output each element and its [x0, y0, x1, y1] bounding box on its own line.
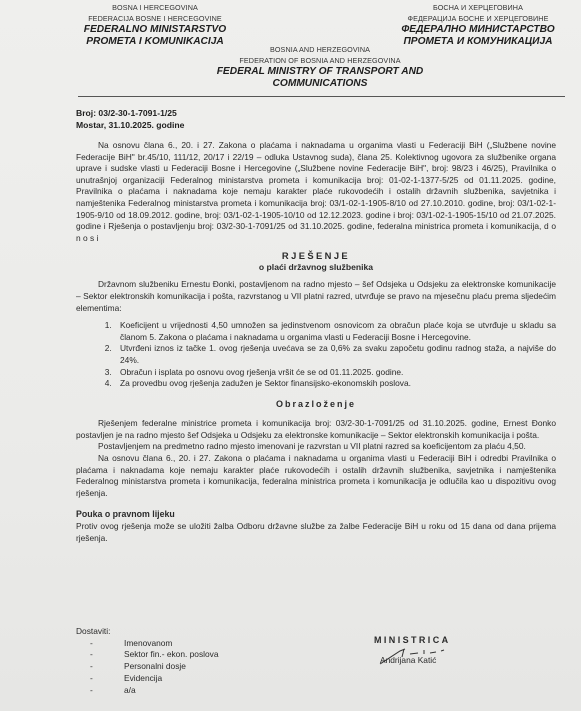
- header-ministry-line2: COMMUNICATIONS: [170, 78, 470, 90]
- header-federation: FEDERACIJA BOSNE I HERCEGOVINE: [80, 13, 230, 24]
- decision-item: Za provedbu ovog rješenja zadužen je Sek…: [114, 378, 556, 390]
- document-body: Broj: 03/2-30-1-7091-1/25 Mostar, 31.10.…: [76, 108, 556, 544]
- decision-item: Obračun i isplata po osnovu ovog rješenj…: [114, 367, 556, 379]
- reasoning-paragraph: Na osnovu člana 6., 20. i 27. Zakona o p…: [76, 453, 556, 499]
- distribution-item: Sektor fin.- ekon. poslova: [90, 649, 296, 661]
- header-federation: FEDERATION OF BOSNIA AND HERZEGOVINA: [170, 55, 470, 66]
- legal-remedy-heading: Pouka o pravnom lijeku: [76, 509, 556, 521]
- document-page: BOSNA I HERCEGOVINA FEDERACIJA BOSNE I H…: [0, 0, 581, 711]
- decision-title: RJEŠENJE: [76, 250, 556, 262]
- decision-intro: Državnom službeniku Ernestu Đonki, posta…: [76, 279, 556, 314]
- document-number: Broj: 03/2-30-1-7091-1/25: [76, 108, 556, 120]
- distribution-item: Evidencija: [90, 673, 296, 685]
- distribution-heading: Dostaviti:: [76, 626, 296, 638]
- header-english: BOSNIA AND HERZEGOVINA FEDERATION OF BOS…: [170, 44, 470, 89]
- header-bosnian-latin: BOSNA I HERCEGOVINA FEDERACIJA BOSNE I H…: [80, 2, 230, 47]
- header-country: BOSNA I HERCEGOVINA: [80, 2, 230, 13]
- reasoning-paragraph: Rješenjem federalne ministrice prometa i…: [76, 418, 556, 441]
- preamble: Na osnovu člana 6., 20. i 27. Zakona o p…: [76, 140, 556, 244]
- header-country: БОСНА И ХЕРЦЕГОВИНА: [378, 2, 578, 13]
- decision-item: Koeficijent u vrijednosti 4,50 umnožen s…: [114, 320, 556, 343]
- distribution-list: Dostaviti: Imenovanom Sektor fin.- ekon.…: [76, 626, 296, 696]
- header-ministry-line1: ФЕДЕРАЛНО МИНИСТАРСТВО: [378, 24, 578, 36]
- reasoning-title: Obrazloženje: [76, 399, 556, 411]
- legal-remedy-text: Protiv ovog rješenja može se uložiti žal…: [76, 521, 556, 544]
- signature-title: MINISTRICA: [374, 635, 494, 645]
- header-cyrillic: БОСНА И ХЕРЦЕГОВИНА ФЕДЕРАЦИЈА БОСНЕ И Х…: [378, 2, 578, 47]
- reasoning-paragraph: Postavljenjem na predmetno radno mjesto …: [76, 441, 556, 453]
- decision-items: Koeficijent u vrijednosti 4,50 umnožen s…: [76, 320, 556, 390]
- decision-subtitle: o plaći državnog službenika: [76, 262, 556, 273]
- header-ministry-line1: FEDERALNO MINISTARSTVO: [80, 24, 230, 36]
- header-ministry-line1: FEDERAL MINISTRY OF TRANSPORT AND: [170, 66, 470, 78]
- distribution-item: a/a: [90, 685, 296, 697]
- distribution-item: Personalni dosje: [90, 661, 296, 673]
- decision-item: Utvrđeni iznos iz tačke 1. ovog rješenja…: [114, 343, 556, 366]
- header-divider: [78, 96, 565, 97]
- header-federation: ФЕДЕРАЦИЈА БОСНЕ И ХЕРЦЕГОВИНЕ: [378, 13, 578, 24]
- document-place-date: Mostar, 31.10.2025. godine: [76, 120, 556, 132]
- distribution-item: Imenovanom: [90, 638, 296, 650]
- header-country: BOSNIA AND HERZEGOVINA: [170, 44, 470, 55]
- handwritten-signature-icon: [378, 645, 488, 665]
